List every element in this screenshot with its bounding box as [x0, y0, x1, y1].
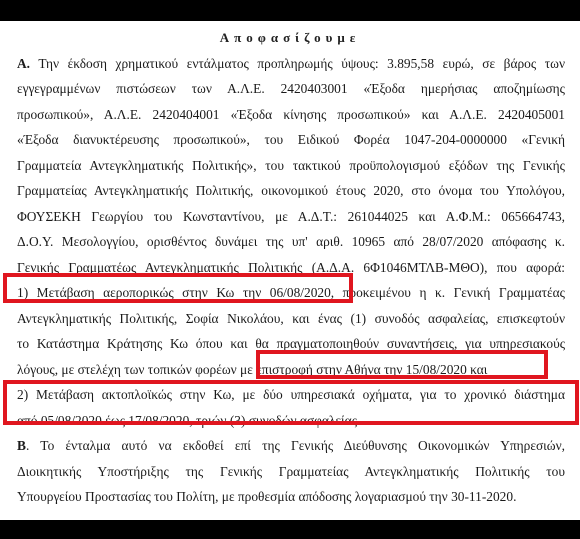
bottom-black-bar	[0, 520, 580, 539]
section-a-label: Α.	[17, 56, 30, 71]
text-line: το Κατάστημα Κράτησης Κω όπου και θα πρα…	[17, 335, 565, 353]
text-line: προσωπικού», Α.Λ.Ε. 2420404001 «Έξοδα κί…	[17, 106, 565, 124]
text-line: Α. Την έκδοση χρηματικού εντάλματος προπ…	[17, 55, 565, 73]
text-line: από 05/08/2020 έως 17/08/2020, τριών (3)…	[17, 412, 565, 430]
text-line: Δ.Ο.Υ. Μεσολογγίου, ορισθέντος δυνάμει τ…	[17, 233, 565, 251]
text-line: 2) Μετάβαση ακτοπλοϊκώς στην Κω, με δύο …	[17, 386, 565, 404]
text-line: Διοικητικής Υποστήριξης της Γενικής Γραμ…	[17, 463, 565, 481]
text-line: Γραμματεία Αντεγκληματικής Πολιτικής», τ…	[17, 157, 565, 175]
text-line: λόγους, με στελέχη των τοπικών φορέων με…	[17, 361, 565, 379]
section-b-label: Β	[17, 438, 26, 453]
text-line: Γραμματείας Αντεγκληματικής Πολιτικής, ο…	[17, 182, 565, 200]
text-line: Υπουργείου Προστασίας του Πολίτη, με προ…	[17, 488, 565, 506]
text-line: 1) Μετάβαση αεροπορικώς στην Κω την 06/0…	[17, 284, 565, 302]
text-line: Γενικής Γραμματέως Αντεγκληματικής Πολιτ…	[17, 259, 565, 277]
document-heading: Αποφασίζουμε	[0, 30, 580, 46]
text-line: Αντεγκληματικής Πολιτικής, Σοφία Νικολάο…	[17, 310, 565, 328]
text-line: «Έξοδα διανυκτέρευσης προσωπικού», του Ε…	[17, 131, 565, 149]
text-line: Β. Το ένταλμα αυτό να εκδοθεί επί της Γε…	[17, 437, 565, 455]
text-line: εγγεγραμμένων πιστώσεων των Α.Λ.Ε. 24204…	[17, 80, 565, 98]
text-line: ΦΟΥΣΕΚΗ Γεωργίου του Κωνσταντίνου, με Α.…	[17, 208, 565, 226]
top-black-bar	[0, 0, 580, 21]
